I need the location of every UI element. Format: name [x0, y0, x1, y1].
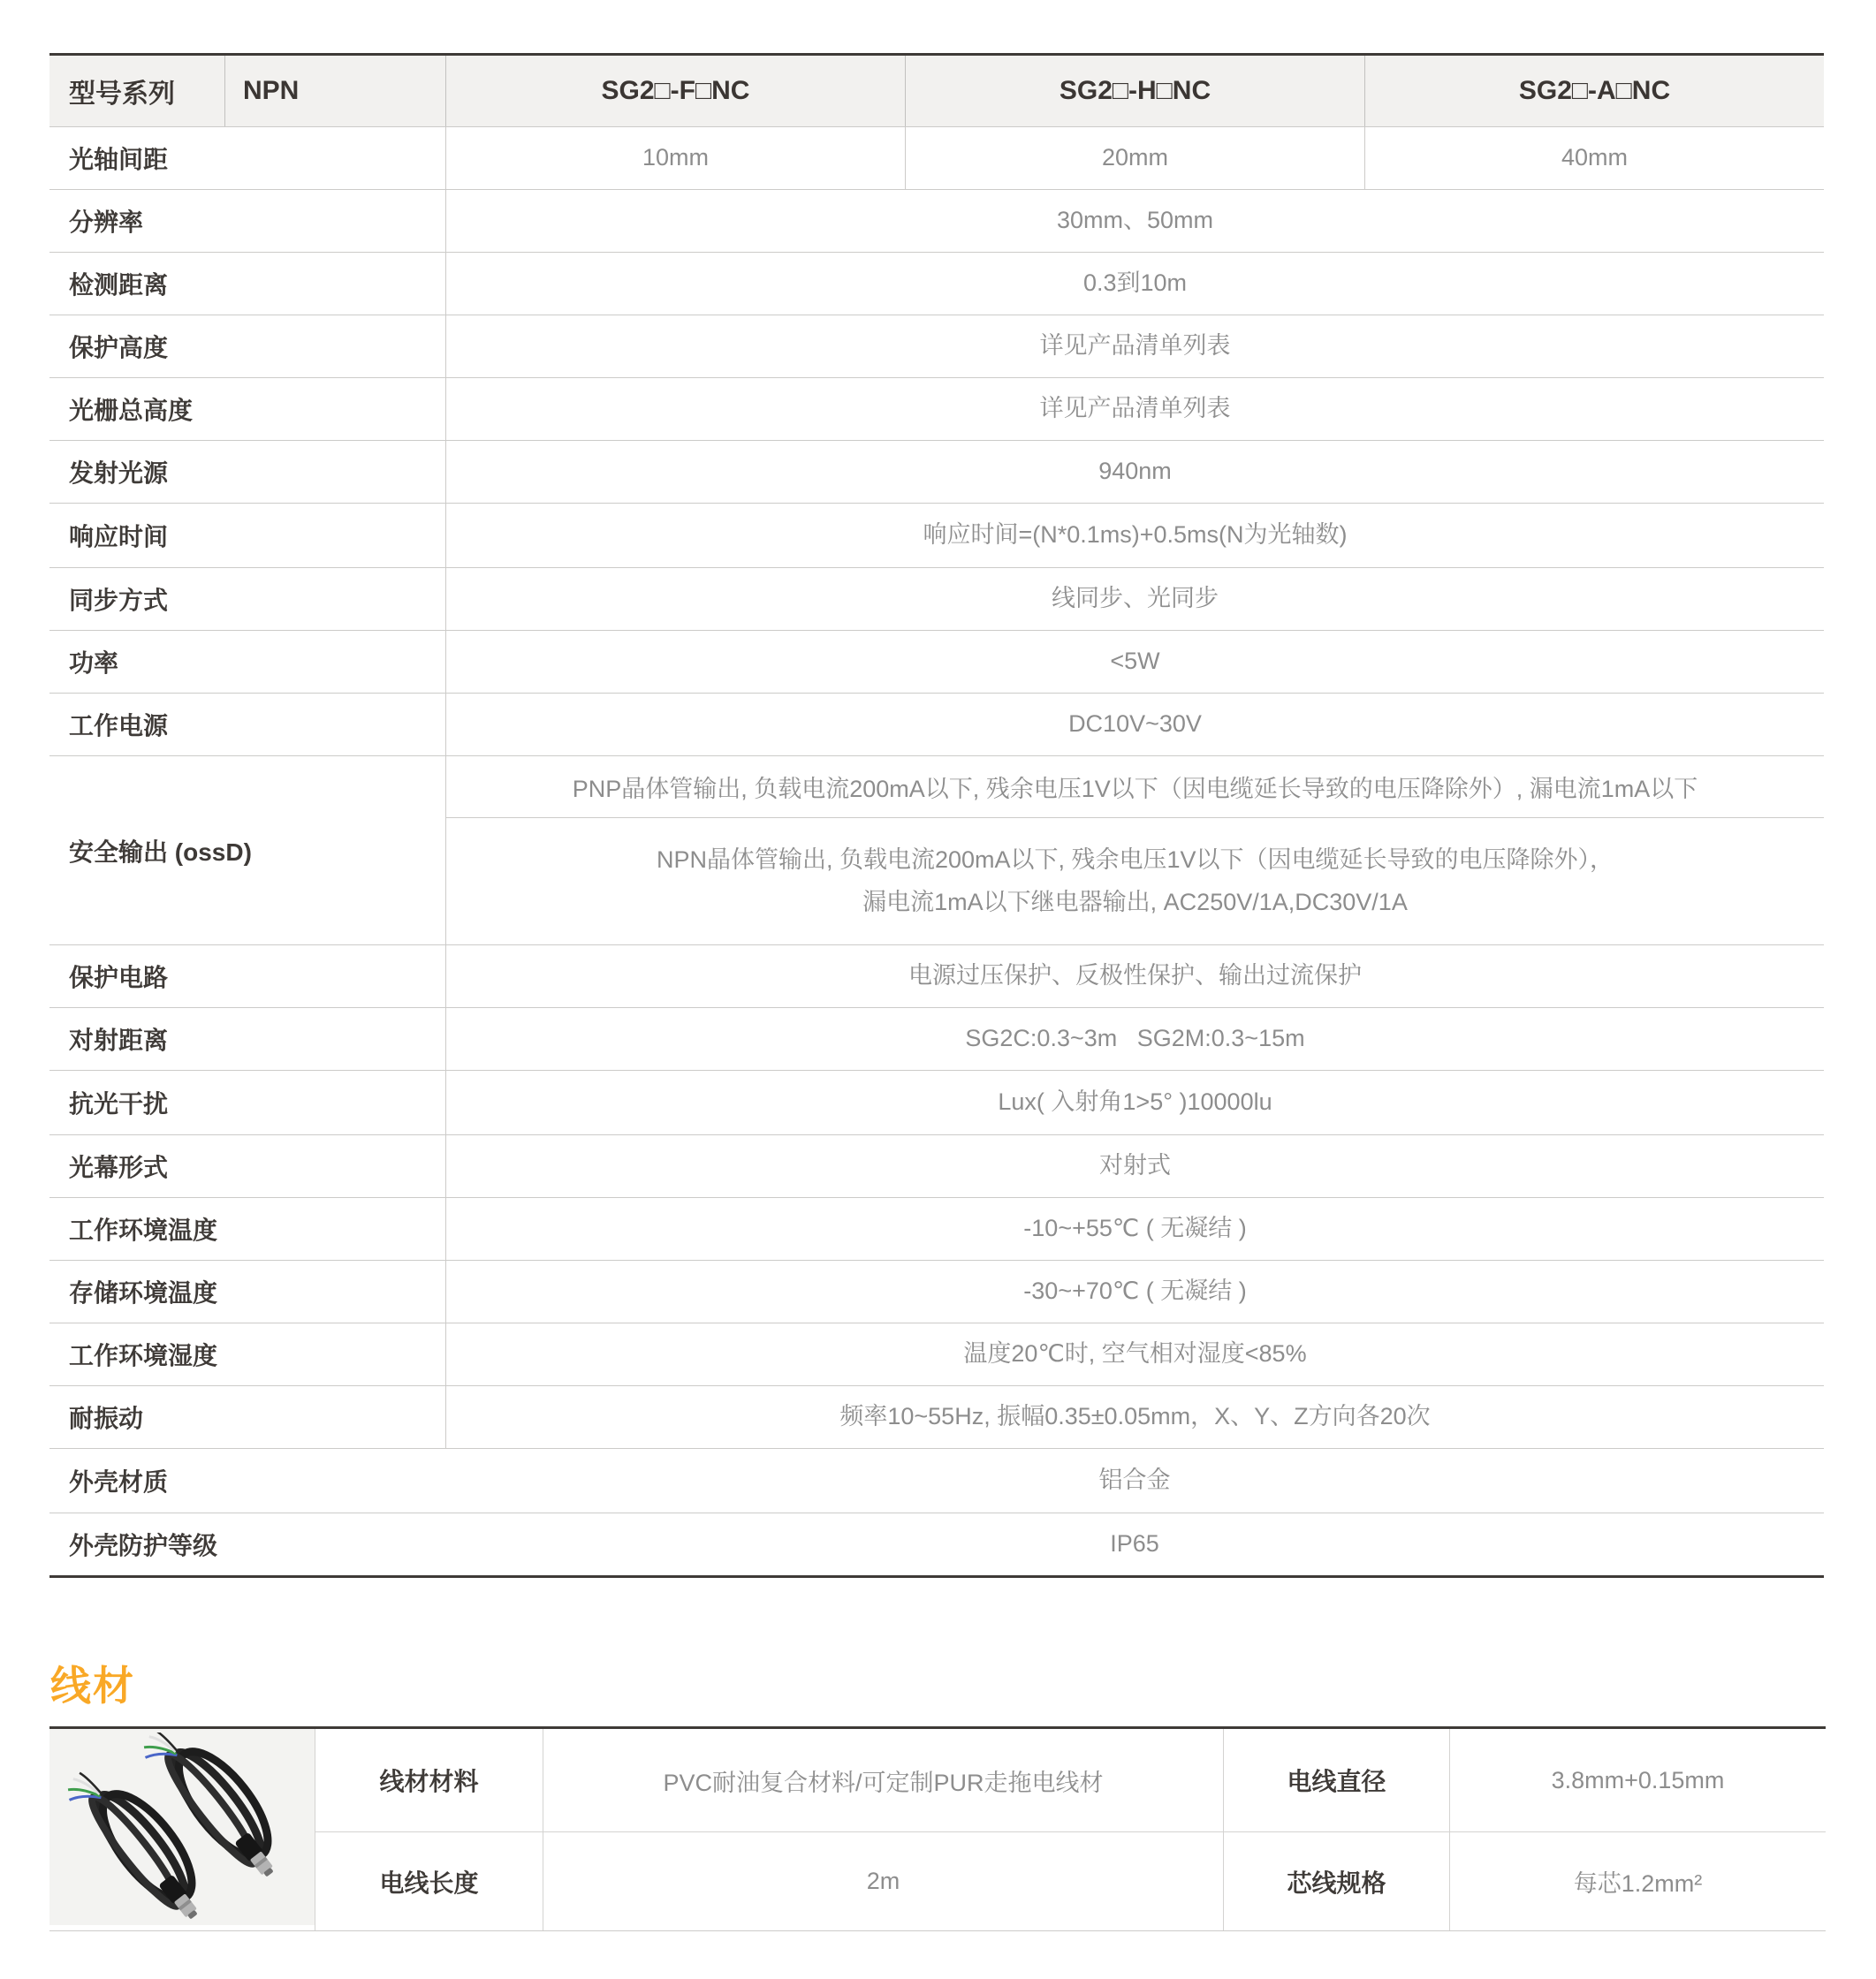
spec-row-light-interference: 抗光干扰 Lux( 入射角1>5° )10000lu [49, 1071, 1824, 1135]
spec-row-ip-rating: 外壳防护等级 IP65 [49, 1513, 1824, 1575]
spec-row-safety-output: 安全输出 (ossD) PNP晶体管输出, 负载电流200mA以下, 残余电压1… [49, 756, 1824, 945]
header-output-type: NPN [224, 56, 445, 126]
row-label: 光轴间距 [49, 127, 445, 189]
row-value: 0.3到10m [445, 253, 1824, 315]
wire-label-core-spec: 芯线规格 [1223, 1831, 1449, 1930]
header-model-a: SG2□-A□NC [1364, 56, 1824, 126]
row-label: 分辨率 [49, 190, 445, 252]
row-value: Lux( 入射角1>5° )10000lu [445, 1071, 1824, 1134]
row-value: SG2C:0.3~3m SG2M:0.3~15m [445, 1008, 1824, 1070]
header-model-f: SG2□-F□NC [445, 56, 905, 126]
row-label: 同步方式 [49, 568, 445, 630]
row-label: 存储环境温度 [49, 1261, 445, 1323]
cable-photo [49, 1729, 315, 1930]
safety-output-npn-line2: 漏电流1mA以下继电器输出, AC250V/1A,DC30V/1A [862, 882, 1408, 923]
axis-spacing-h: 20mm [905, 127, 1364, 189]
spec-row-grating-total-height: 光栅总高度 详见产品清单列表 [49, 378, 1824, 441]
row-label: 功率 [49, 631, 445, 693]
cables-illustration [53, 1733, 311, 1922]
row-label: 响应时间 [49, 504, 445, 567]
row-label: 光栅总高度 [49, 378, 445, 440]
safety-output-pnp: PNP晶体管输出, 负载电流200mA以下, 残余电压1V以下（因电缆延长导致的… [446, 756, 1824, 818]
wire-value-core-spec: 每芯1.2mm² [1449, 1831, 1826, 1930]
row-label: 安全输出 (ossD) [49, 756, 445, 944]
wire-value-material: PVC耐油复合材料/可定制PUR走拖电线材 [543, 1729, 1223, 1831]
spec-row-resolution: 分辨率 30mm、50mm [49, 190, 1824, 253]
row-label: 外壳防护等级 [49, 1513, 445, 1575]
spec-table: 型号系列 NPN SG2□-F□NC SG2□-H□NC SG2□-A□NC 光… [49, 53, 1824, 1578]
safety-output-npn: NPN晶体管输出, 负载电流200mA以下, 残余电压1V以下（因电缆延长导致的… [446, 818, 1824, 944]
spec-row-curtain-type: 光幕形式 对射式 [49, 1135, 1824, 1198]
spec-row-protection-circuit: 保护电路 电源过压保护、反极性保护、输出过流保护 [49, 945, 1824, 1008]
row-value: 线同步、光同步 [445, 568, 1824, 630]
row-value: 对射式 [445, 1135, 1824, 1197]
row-value: IP65 [445, 1513, 1824, 1575]
spec-row-response-time: 响应时间 响应时间=(N*0.1ms)+0.5ms(N为光轴数) [49, 504, 1824, 568]
row-value: 940nm [445, 441, 1824, 503]
axis-spacing-f: 10mm [445, 127, 905, 189]
row-label: 工作电源 [49, 694, 445, 755]
cable-photo-background [49, 1729, 315, 1925]
wire-label-material: 线材材料 [315, 1729, 543, 1831]
row-value: 详见产品清单列表 [445, 378, 1824, 440]
spec-row-operating-temperature: 工作环境温度 -10~+55℃ ( 无凝结 ) [49, 1198, 1824, 1261]
row-label: 抗光干扰 [49, 1071, 445, 1134]
spec-row-protection-height: 保护高度 详见产品清单列表 [49, 315, 1824, 378]
row-value: 详见产品清单列表 [445, 315, 1824, 377]
spec-header-row: 型号系列 NPN SG2□-F□NC SG2□-H□NC SG2□-A□NC [49, 56, 1824, 127]
row-value: 频率10~55Hz, 振幅0.35±0.05mm，X、Y、Z方向各20次 [445, 1386, 1824, 1448]
wire-table: 线材材料 PVC耐油复合材料/可定制PUR走拖电线材 电线直径 3.8mm+0.… [49, 1726, 1826, 1931]
wire-value-length: 2m [543, 1831, 1223, 1930]
row-value: <5W [445, 631, 1824, 693]
wire-value-diameter: 3.8mm+0.15mm [1449, 1729, 1826, 1831]
spec-row-sync-method: 同步方式 线同步、光同步 [49, 568, 1824, 631]
spec-page: 型号系列 NPN SG2□-F□NC SG2□-H□NC SG2□-A□NC 光… [0, 0, 1876, 1979]
row-value: 铝合金 [445, 1449, 1824, 1513]
row-label: 保护电路 [49, 945, 445, 1007]
spec-row-emission-source: 发射光源 940nm [49, 441, 1824, 504]
spec-row-optical-axis-spacing: 光轴间距 10mm 20mm 40mm [49, 127, 1824, 190]
row-label: 工作环境湿度 [49, 1323, 445, 1385]
spec-row-operating-humidity: 工作环境湿度 温度20℃时, 空气相对湿度<85% [49, 1323, 1824, 1386]
spec-row-storage-temperature: 存储环境温度 -30~+70℃ ( 无凝结 ) [49, 1261, 1824, 1323]
spec-row-vibration: 耐振动 频率10~55Hz, 振幅0.35±0.05mm，X、Y、Z方向各20次 [49, 1386, 1824, 1449]
wire-section-heading: 线材 [50, 1654, 135, 1712]
row-value: -10~+55℃ ( 无凝结 ) [445, 1198, 1824, 1260]
safety-output-npn-line1: NPN晶体管输出, 负载电流200mA以下, 残余电压1V以下（因电缆延长导致的… [657, 839, 1614, 881]
row-label: 对射距离 [49, 1008, 445, 1070]
wire-label-length: 电线长度 [315, 1831, 543, 1930]
row-value: -30~+70℃ ( 无凝结 ) [445, 1261, 1824, 1323]
row-label: 工作环境温度 [49, 1198, 445, 1260]
spec-row-detection-distance: 检测距离 0.3到10m [49, 253, 1824, 315]
header-model-h: SG2□-H□NC [905, 56, 1364, 126]
wire-label-diameter: 电线直径 [1223, 1729, 1449, 1831]
row-value: 30mm、50mm [445, 190, 1824, 252]
row-value: 响应时间=(N*0.1ms)+0.5ms(N为光轴数) [445, 504, 1824, 567]
row-label: 光幕形式 [49, 1135, 445, 1197]
row-label: 发射光源 [49, 441, 445, 503]
row-value: 电源过压保护、反极性保护、输出过流保护 [445, 945, 1824, 1007]
spec-row-operating-voltage: 工作电源 DC10V~30V [49, 694, 1824, 756]
row-label: 外壳材质 [49, 1449, 445, 1513]
header-model-series: 型号系列 [49, 56, 224, 126]
row-label: 保护高度 [49, 315, 445, 377]
row-label: 检测距离 [49, 253, 445, 315]
row-value: DC10V~30V [445, 694, 1824, 755]
row-label: 耐振动 [49, 1386, 445, 1448]
axis-spacing-a: 40mm [1364, 127, 1824, 189]
row-value: 温度20℃时, 空气相对湿度<85% [445, 1323, 1824, 1385]
safety-output-values: PNP晶体管输出, 负载电流200mA以下, 残余电压1V以下（因电缆延长导致的… [445, 756, 1824, 944]
spec-row-power: 功率 <5W [49, 631, 1824, 694]
spec-row-beam-distance: 对射距离 SG2C:0.3~3m SG2M:0.3~15m [49, 1008, 1824, 1071]
spec-row-housing-material: 外壳材质 铝合金 [49, 1449, 1824, 1513]
